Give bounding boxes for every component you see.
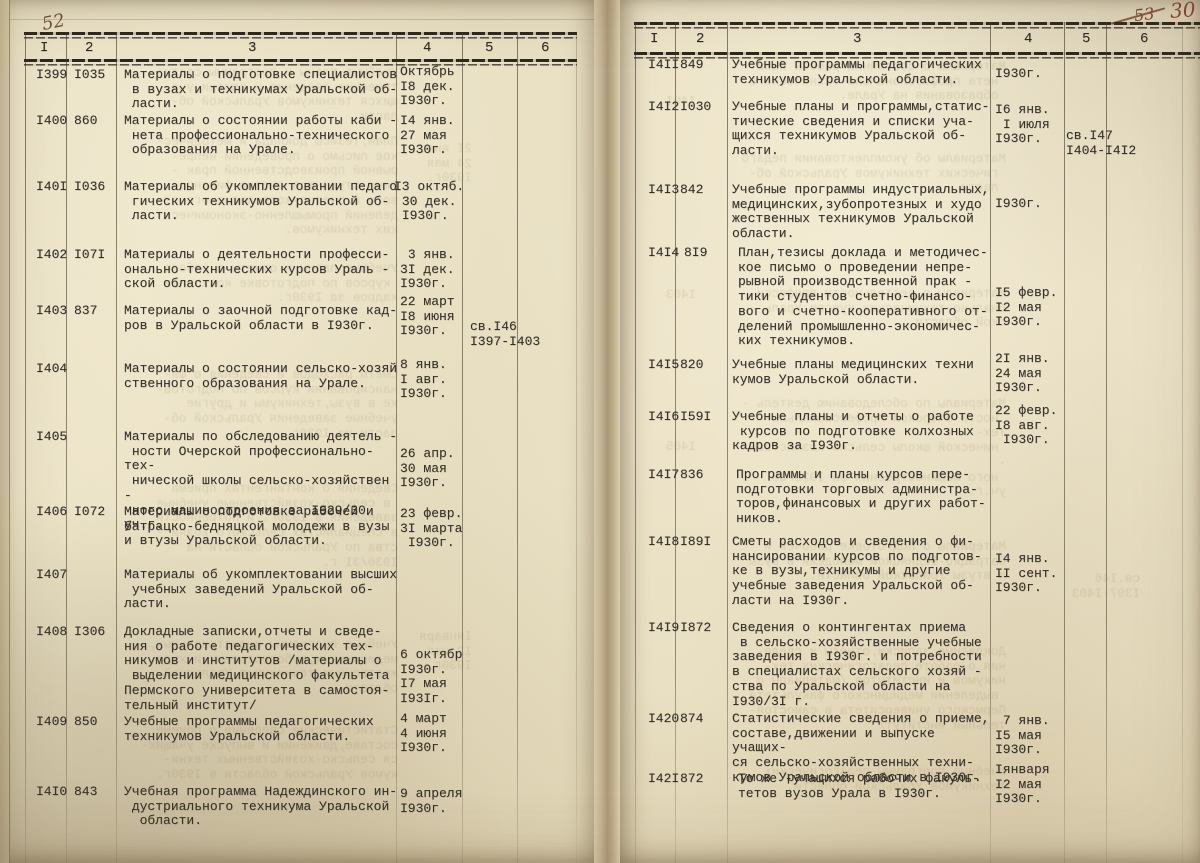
file-number: I405 [36, 430, 67, 445]
dates: I3 октяб. 30 дек. I930г. [394, 180, 472, 224]
dates: 22 март I8 июня I930г. [400, 295, 478, 339]
column-divider [517, 32, 518, 863]
old-number: 874 [680, 712, 703, 727]
dates: 7 янв. I5 мая I930г. [995, 714, 1073, 758]
file-number: I4I3 [648, 183, 679, 198]
old-number: I872 [680, 621, 711, 636]
column-header-3: 3 [853, 31, 861, 47]
old-number: I036 [74, 180, 105, 195]
column-header-1: I [40, 40, 48, 56]
file-number: I409 [36, 715, 67, 730]
dates: I930г. [995, 197, 1073, 212]
description: Материалы о подготовке рабочей и батрацк… [124, 505, 400, 549]
old-number: I306 [74, 625, 105, 640]
file-number: I4I6 [648, 410, 679, 425]
file-number: I4I2 [648, 100, 679, 115]
file-number: I403 [36, 304, 67, 319]
description: Сметы расходов и сведения о фи- нансиров… [732, 535, 994, 609]
old-number: I89I [680, 535, 711, 550]
description: Учебные планы медицинских техни кумов Ур… [732, 358, 994, 387]
file-number: I400 [36, 114, 67, 129]
description: Учебные программы индустриальных, медици… [732, 183, 994, 242]
file-number: I4II [648, 58, 679, 73]
description: Учебные программы педагогических технику… [124, 715, 400, 744]
description: Сведения о контингентах приема в сельско… [732, 621, 994, 709]
column-header-6: 6 [1140, 31, 1148, 47]
column-divider [635, 22, 636, 863]
old-number: 860 [74, 114, 97, 129]
file-number: I402 [36, 248, 67, 263]
dates: Октябрь I8 дек. I930г. [400, 65, 478, 109]
description: Материалы о состоянии сельско-хозяй стве… [124, 362, 400, 391]
page-left: 52 Учебные планы и программы,статис- тич… [0, 0, 600, 863]
file-number: I4I8 [648, 535, 679, 550]
table-rule-header-bottom [24, 59, 577, 66]
file-number: I40I [36, 180, 67, 195]
table-rule-top [634, 22, 1200, 29]
file-number: I4I9 [648, 621, 679, 636]
file-number: I42I [648, 772, 679, 787]
description: Учебные планы и программы,статис- тическ… [732, 100, 994, 159]
description: План,тезисы доклада и методичес- кое пис… [738, 246, 1000, 349]
old-number: 850 [74, 715, 97, 730]
description: Материалы о заочной подготовке кад- ров … [124, 304, 400, 333]
dates: 22 февр. I8 авг. I930г. [995, 404, 1073, 448]
old-number: 820 [680, 358, 703, 373]
bleed-through-text: I405 [636, 440, 696, 455]
dates: 2I янв. 24 мая I930г. [995, 352, 1073, 396]
column-header-4: 4 [1024, 31, 1032, 47]
file-number: I4I4 [648, 246, 679, 261]
old-number: 8I9 [684, 246, 707, 261]
page-top-edge-line [9, 19, 595, 20]
column-header-5: 5 [485, 40, 493, 56]
column-divider [66, 32, 67, 863]
description: То же -учащихся рабочих факуль- тетов ву… [738, 772, 1000, 801]
column-divider [1182, 22, 1183, 863]
old-number: 837 [74, 304, 97, 319]
file-number: I4I7 [648, 468, 679, 483]
old-number: I07I [74, 248, 105, 263]
column-divider [675, 22, 676, 863]
old-number: I072 [74, 505, 105, 520]
dates: I930г. [995, 67, 1073, 82]
old-number: 843 [74, 785, 97, 800]
description: Учебные планы и отчеты о работе курсов п… [732, 410, 994, 454]
table-rule-top [24, 32, 577, 39]
description: Материалы о подготовке специалистов в ву… [124, 68, 400, 112]
file-number: I407 [36, 568, 67, 583]
file-number: I4I0 [36, 785, 67, 800]
column-header-6: 6 [541, 40, 549, 56]
old-number: I59I [680, 410, 711, 425]
file-number: I399 [36, 68, 67, 83]
dates: Iянваря I2 мая I930г. [995, 763, 1073, 807]
column-divider [25, 32, 26, 863]
file-number: I420 [648, 712, 679, 727]
bleed-through-text: I403 [636, 288, 696, 303]
file-number: I4I5 [648, 358, 679, 373]
old-number: 842 [680, 183, 703, 198]
file-number: I406 [36, 505, 67, 520]
dates: I5 февр. I2 мая I930г. [995, 286, 1073, 330]
description: Докладные записки,отчеты и сведе- ния о … [124, 625, 400, 713]
dates: 8 янв. I авг. I930г. [400, 358, 478, 402]
dates: 26 апр. 30 мая I930г. [400, 447, 478, 491]
column-header-2: 2 [696, 31, 704, 47]
column-header-2: 2 [85, 40, 93, 56]
dates: 6 октябр I930г. I7 мая I93Iг. [400, 648, 478, 707]
file-number: I408 [36, 625, 67, 640]
bundle-note: св.I47 I404-I4I2 [1066, 129, 1136, 158]
description: Материалы об укомплектовании педаго гиче… [124, 180, 400, 224]
column-header-1: I [650, 31, 658, 47]
old-number: I030 [680, 100, 711, 115]
column-divider [727, 22, 728, 863]
bundle-note: св.I46 I397-I403 [470, 320, 540, 349]
underlying-page-edge [0, 0, 10, 863]
description: Учебные программы педагогических технику… [732, 58, 994, 87]
column-divider [576, 32, 577, 863]
file-number: I404 [36, 362, 67, 377]
page-right: 53 30 Материалы о состоянии работы каби … [620, 0, 1200, 863]
dates: I4 янв. II сент. I930г. [995, 552, 1073, 596]
old-number: I035 [74, 68, 105, 83]
dates: I4 янв. 27 мая I930г. [400, 114, 478, 158]
description: Материалы об укомплектовании высших учеб… [124, 568, 400, 612]
archival-inventory-scan: 52 Учебные планы и программы,статис- тич… [0, 0, 1200, 863]
dates: 3 янв. 3I дек. I930г. [400, 248, 478, 292]
old-number: 836 [680, 468, 703, 483]
column-header-4: 4 [423, 40, 431, 56]
handwritten-page-number: 30 [1169, 0, 1196, 23]
column-header-3: 3 [248, 40, 256, 56]
column-header-5: 5 [1082, 31, 1090, 47]
dates: 23 февр. 3I марта I930г. [400, 507, 478, 551]
column-divider [116, 32, 117, 863]
description: Учебная программа Надеждинского ин- дуст… [124, 785, 400, 829]
old-number: 849 [680, 58, 703, 73]
dates: 9 апреля I930г. [400, 787, 478, 816]
description: Материалы о деятельности професси- ональ… [124, 248, 400, 292]
description: Материалы о состоянии работы каби - нета… [124, 114, 400, 158]
old-number: 872 [680, 772, 703, 787]
dates: I6 янв. I июля I930г. [995, 103, 1073, 147]
dates: 4 март 4 июня I930г. [400, 712, 478, 756]
description: Программы и планы курсов пере- подготовк… [736, 468, 998, 527]
